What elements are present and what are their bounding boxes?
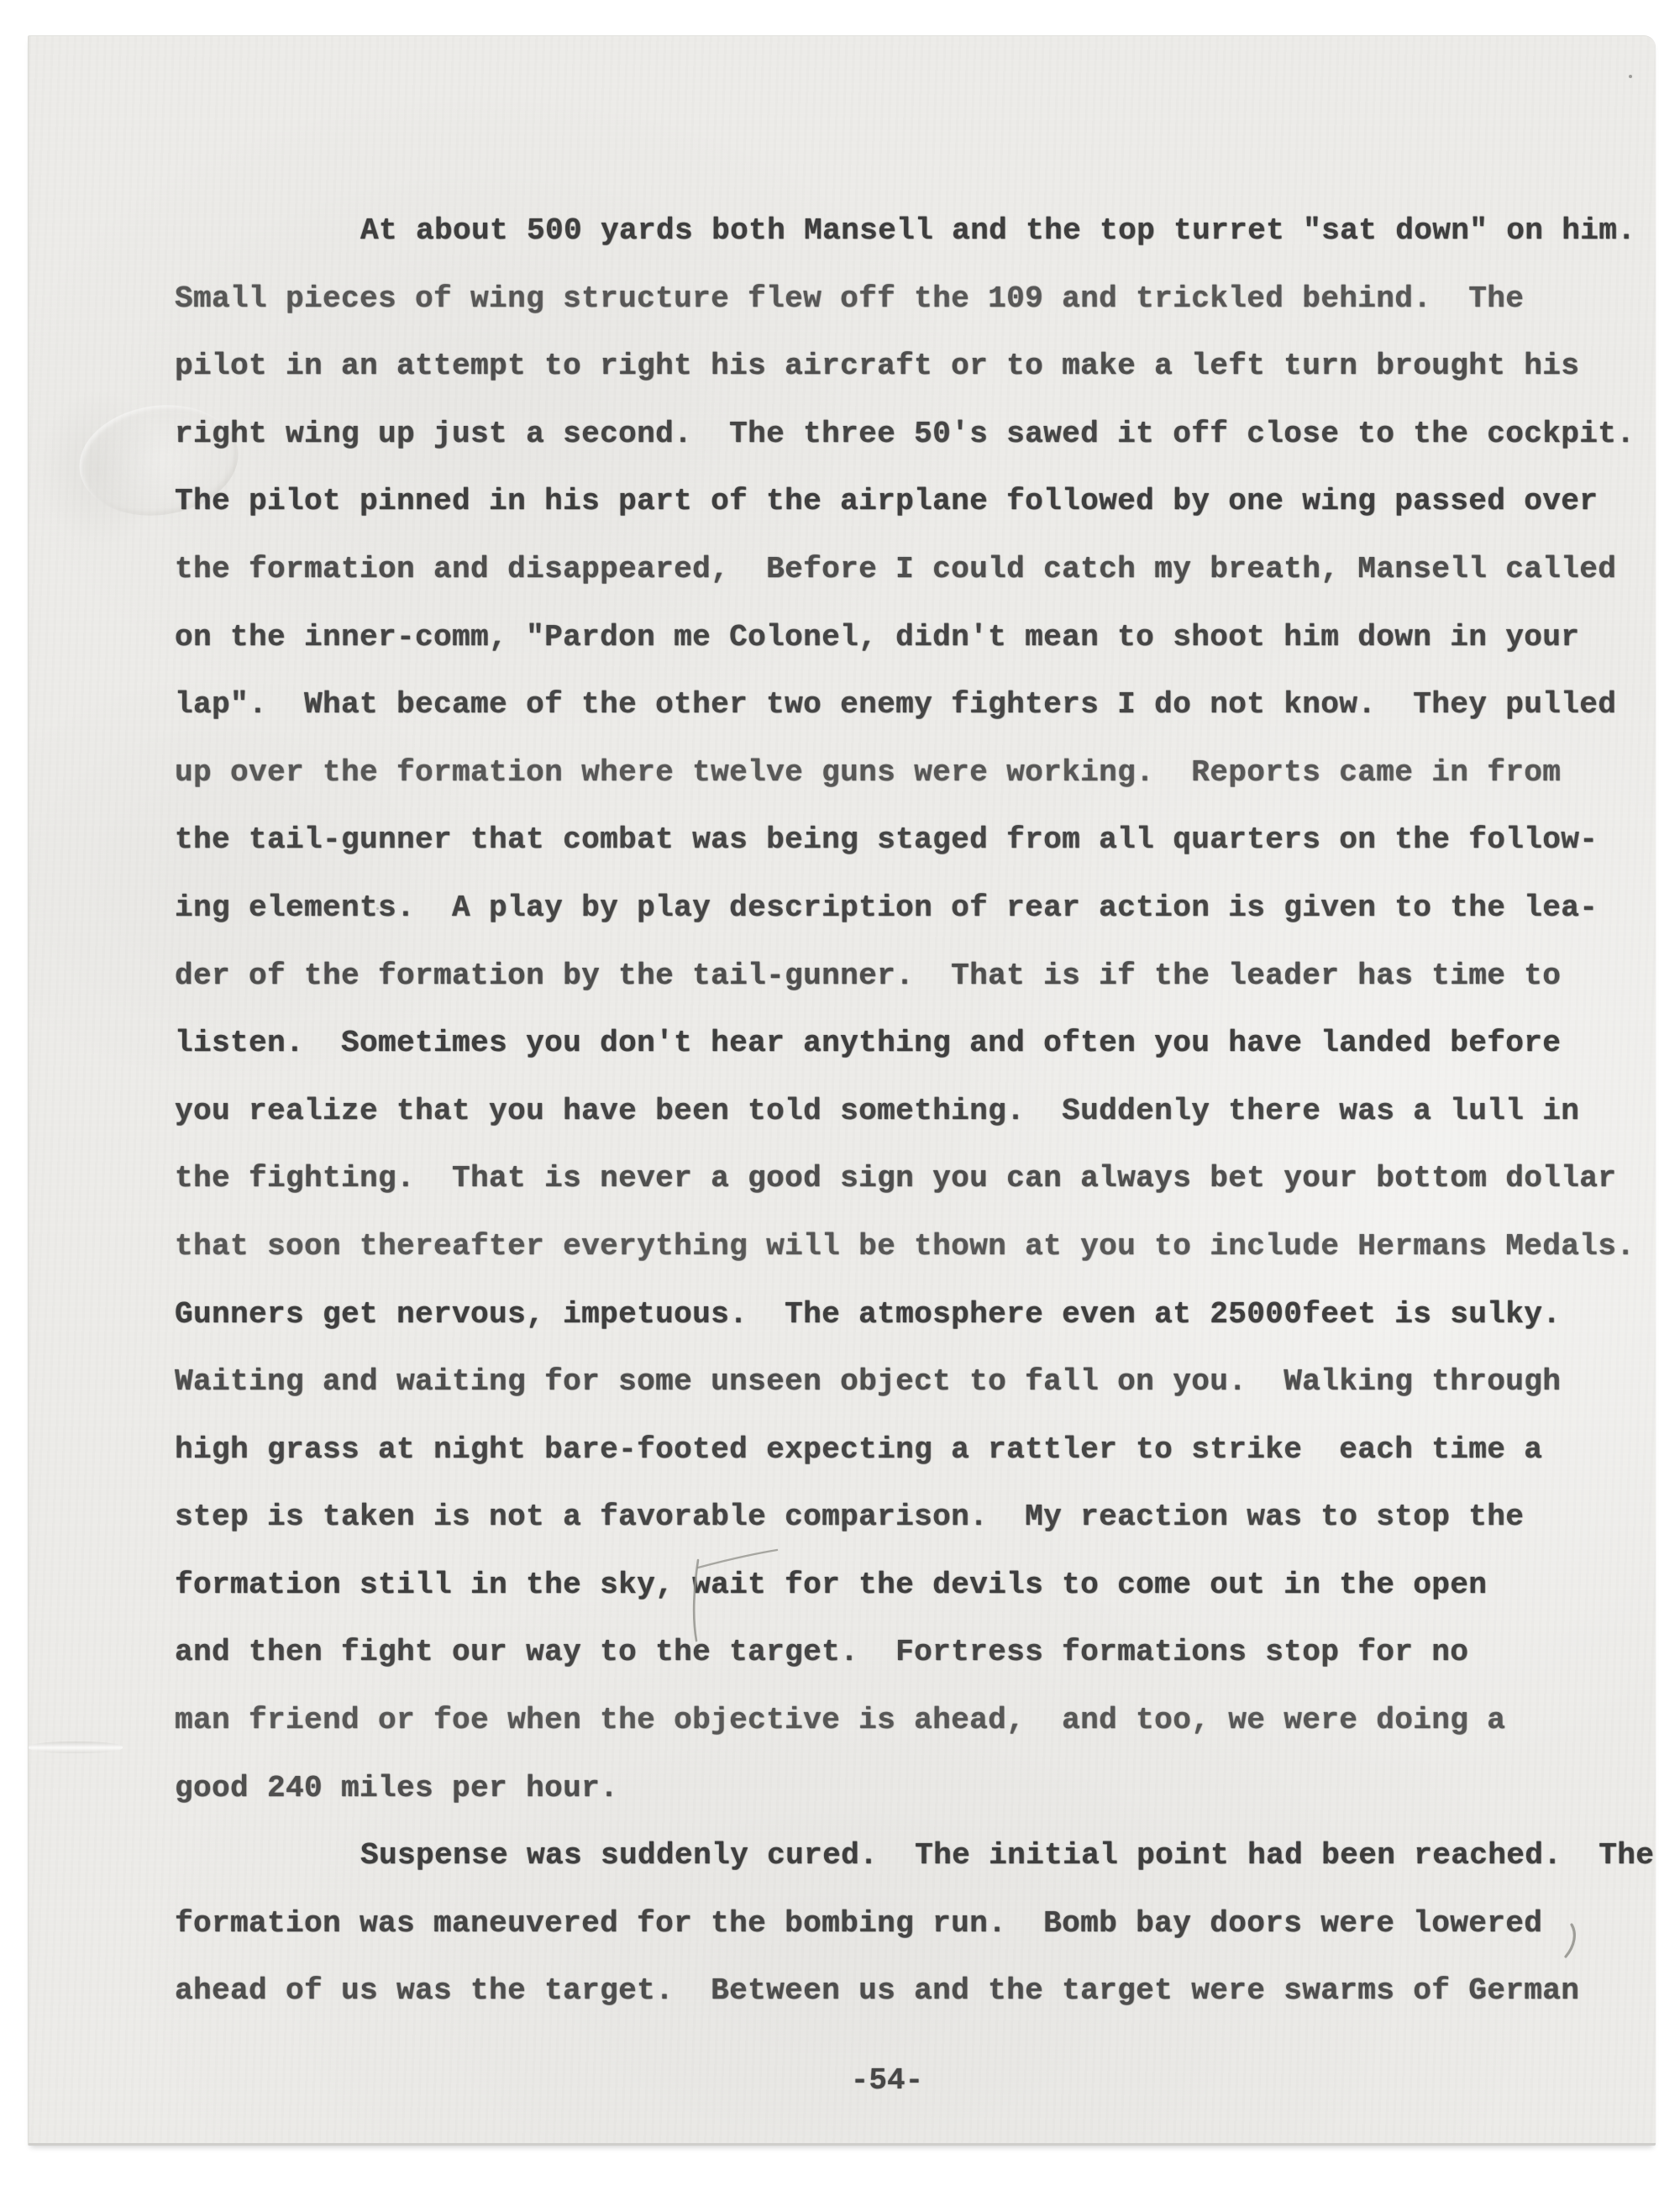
pencil-comma-mark [1561, 1920, 1586, 1961]
scanner-background: { "document": { "kind": "typewritten-man… [0, 0, 1680, 2196]
text-line: Gunners get nervous, impetuous. The atmo… [175, 1296, 1670, 1364]
text-line: right wing up just a second. The three 5… [175, 416, 1670, 484]
text-line: Small pieces of wing structure flew off … [175, 281, 1670, 349]
text-line: high grass at night bare-footed expectin… [175, 1432, 1670, 1500]
pencil-insertion-mark [671, 1545, 785, 1658]
paper-page: At about 500 yards both Mansell and the … [28, 35, 1656, 2146]
text-line: man friend or foe when the objective is … [175, 1702, 1670, 1770]
text-line: At about 500 yards both Mansell and the … [175, 213, 1670, 281]
text-line: good 240 miles per hour. [175, 1770, 1670, 1838]
text-line: up over the formation where twelve guns … [175, 754, 1670, 822]
text-line: step is taken is not a favorable compari… [175, 1499, 1670, 1567]
text-line: ahead of us was the target. Between us a… [175, 1973, 1670, 2041]
text-line: ing elements. A play by play description… [175, 890, 1670, 958]
text-line: der of the formation by the tail-gunner.… [175, 958, 1670, 1026]
text-line: the tail-gunner that combat was being st… [175, 822, 1670, 890]
text-line: on the inner-comm, "Pardon me Colonel, d… [175, 619, 1670, 687]
text-line: Waiting and waiting for some unseen obje… [175, 1363, 1670, 1432]
paper-speck [1629, 75, 1632, 78]
text-line: Suspense was suddenly cured. The initial… [175, 1837, 1670, 1905]
text-line: the formation and disappeared, Before I … [175, 551, 1670, 619]
typewritten-text: At about 500 yards both Mansell and the … [175, 213, 1670, 2041]
text-line: that soon thereafter everything will be … [175, 1228, 1670, 1296]
text-line: formation was maneuvered for the bombing… [175, 1905, 1670, 1973]
text-line: lap". What became of the other two enemy… [175, 686, 1670, 754]
text-line: the fighting. That is never a good sign … [175, 1160, 1670, 1228]
paper-crease [29, 1742, 123, 1753]
text-line: formation still in the sky, wait for the… [175, 1567, 1670, 1635]
text-line: listen. Sometimes you don't hear anythin… [175, 1025, 1670, 1093]
text-line: pilot in an attempt to right his aircraf… [175, 348, 1670, 416]
text-line: you realize that you have been told some… [175, 1093, 1670, 1161]
text-line: and then fight our way to the target. Fo… [175, 1634, 1670, 1702]
text-line: The pilot pinned in his part of the airp… [175, 483, 1670, 551]
page-number: -54- [841, 2063, 933, 2098]
